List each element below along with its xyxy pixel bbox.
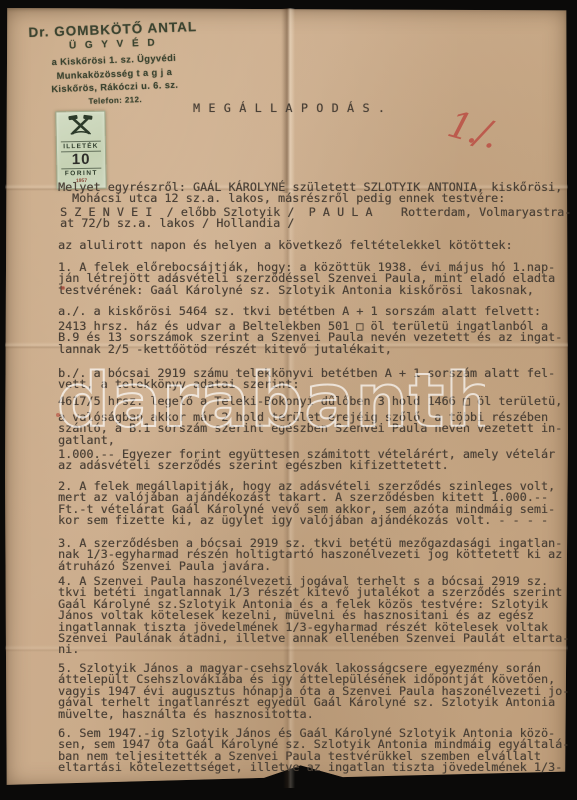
document-paragraph: b./. a bócsai 2919 számu telekkönyvi bet… [58,368,555,391]
document-paragraph: 6. Sem 1947.-ig Szlotyik János és Gaál K… [58,728,569,774]
document-paragraph: a./. a kiskőrösi 5464 sz. tkvi betétben … [58,306,541,317]
document-paragraph: 1.000.-- Egyezer forint együttesen számi… [58,449,555,472]
red-ink-speck [61,286,65,290]
document-paragraph: 3. A szerződésben a bócsai 2919 sz. tkvi… [58,538,562,572]
document-paragraph: 4. A Szenvei Paula haszonélvezeti jogáva… [58,576,569,656]
red-ink-speck [56,413,60,417]
document-paragraph: az alulirott napon és helyen a következő… [58,240,513,251]
document-paragraph: S Z E N V E I / előbb Szlotyik / P A U L… [60,207,571,230]
document-paragraph: a valóságban akkor már 2 hold terület er… [58,412,562,446]
document-paragraph: Mohácsi utca 12 sz.a. lakos, másrészről … [72,193,505,204]
document-body: Melyet egyrészről: GAÁL KÁROLYNÉ születe… [0,0,577,800]
document-paragraph: 4617/5 hrsz. legelő a Teleki-Bokonyi dűl… [58,396,562,407]
document-paragraph: 2413 hrsz. ház és udvar a Beltelekben 50… [58,321,562,355]
photo-background: Dr. GOMBKÖTŐ ANTALÜ G Y V É Da Kiskőrösi… [0,0,577,800]
document-paragraph: 1. A felek előrebocsájtják, hogy: a közö… [58,262,555,296]
document-paragraph: 5. Szlotyik János a magyar-csehszlovák l… [58,663,569,720]
document-paragraph: 2. A felek megállapitják, hogy az adásvé… [58,481,555,527]
